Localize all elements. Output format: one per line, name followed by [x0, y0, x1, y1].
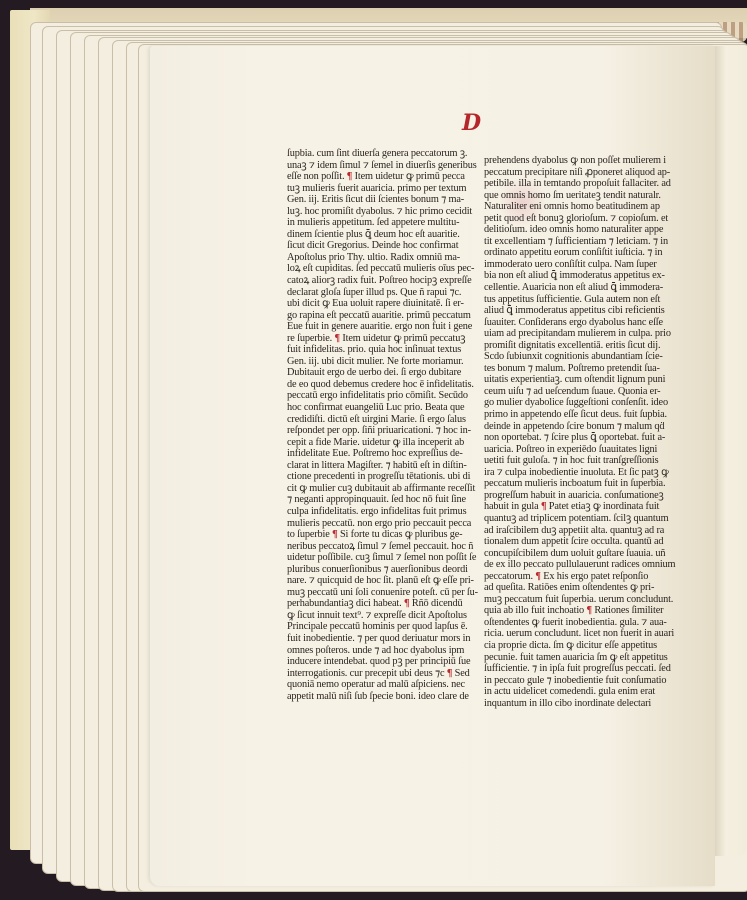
text-line: cellentie. Auaricia non eſt aliud ꝗ̄ imm…: [484, 282, 689, 294]
text-line: ira ⁊ culpa inobedientie inuoluta. Et ſi…: [484, 467, 689, 479]
text-line: ctione precedenti in progreſſu tētationi…: [287, 471, 492, 483]
text-line: neribus peccatoꝝ ſimul ⁊ ſemel peccauit.…: [287, 541, 492, 553]
text-line: muꝫ peccatum fuit ſuperbia. uerum conclu…: [484, 594, 689, 606]
open-book: D ſupbia. cum ſint diuerſa genera peccat…: [0, 0, 747, 900]
folio-signature-mark: D: [462, 110, 481, 136]
text-line: Eue fuit in genere auaritie. ergo non fu…: [287, 321, 492, 333]
facing-page-edge: [712, 46, 747, 856]
text-line: peccatū ergo infidelitatis prio cōmiſit.…: [287, 390, 492, 402]
text-line: que omnis homo ſm ueritateꝫ tendit natur…: [484, 190, 689, 202]
text-line: perhabundantiaꝫ dici habeat. ¶ Rñō dicen…: [287, 598, 492, 610]
text-line: tionalem dum appetit ſcire occulta. quan…: [484, 536, 689, 548]
text-line: concupiſcibilem dum uoluit guſtare ſuaui…: [484, 548, 689, 560]
text-line: luꝫ. hoc promiſit dyabolus. ⁊ hic primo …: [287, 206, 492, 218]
text-line: ⁊ neganti appropinquauit. ſed hoc nō fui…: [287, 494, 492, 506]
text-line: bia non eſt aliud ꝗ̄ immoderatus appetit…: [484, 270, 689, 282]
text-line: reſpondet per opp. ſiñi priuaricationi. …: [287, 425, 492, 437]
text-line: promiſit dignitatis excellentiā. eritis …: [484, 340, 689, 352]
text-line: omnes poſteros. unde ⁊ ad hoc dyabolus i…: [287, 645, 492, 657]
text-line: infidelitate Eue. Poſtremo hoc expreſſiu…: [287, 448, 492, 460]
text-line: tuꝫ mulieris fuerit auaricia. primo per …: [287, 183, 492, 195]
text-line: cia proprie dicta. ſm ꝙ dicitur eſſe app…: [484, 640, 689, 652]
text-line: peccatum precipitare niſi ꝓponeret aliqu…: [484, 167, 689, 179]
text-line: unaꝫ ⁊ idem ſimul ⁊ ſemel in diuerſis ge…: [287, 160, 492, 172]
text-line: cit ꝙ mulier cuꝫ dubitauit ab affirmante…: [287, 483, 492, 495]
text-line: non oportebat. ⁊ ſcire plus ꝗ̄ oportebat…: [484, 432, 689, 444]
text-line: declarat gloſa ſuper illud ps. Que ñ rap…: [287, 287, 492, 299]
text-line: progreſſum habuit in auaricia. conſumati…: [484, 490, 689, 502]
text-line: re ſuperbie. ¶ Item uidetur ꝙ primū pecc…: [287, 333, 492, 345]
paragraph-mark: ¶: [447, 668, 452, 679]
text-line: aliud ꝗ̄ immoderatus appetitus cibi refi…: [484, 305, 689, 317]
text-line: Gen. iij. Eritis ſicut dii ſcientes bonu…: [287, 194, 492, 206]
text-line: in mulieris appetitum. ſed appetere mult…: [287, 217, 492, 229]
text-line: deinde in appetendo ſcire bonum ⁊ malum …: [484, 421, 689, 433]
text-line: ad iraſcibilem duꝫ appetiit alta. quantu…: [484, 525, 689, 537]
text-column-right: prehendens dyabolus ꝙ non poſſet muliere…: [484, 155, 689, 709]
paragraph-mark: ¶: [335, 333, 340, 344]
paragraph-mark: ¶: [347, 171, 352, 182]
text-line: nare. ⁊ quicquid de hoc ſit. planū eſt ꝙ…: [287, 575, 492, 587]
text-line: in actu uidelicet comedendi. gula enim e…: [484, 686, 689, 698]
text-line: ceum uiſu ⁊ ad ueſcendum ſuaue. Quonia e…: [484, 386, 689, 398]
text-line: eſſe non poſſit. ¶ Item uidetur ꝙ primū …: [287, 171, 492, 183]
text-line: ad queſita. Ratiōes enim oſtendentes ꝙ p…: [484, 582, 689, 594]
text-line: inquantum in illo cibo inordinate delect…: [484, 698, 689, 710]
text-line: credidiſti. dictū eſt uirgini Marie. ſi …: [287, 414, 492, 426]
text-line: fuit infidelitas. prio. quia hoc inſinua…: [287, 344, 492, 356]
text-line: culpa infidelitatis. ergo infidelitas fu…: [287, 506, 492, 518]
text-line: quia ab illo fuit inchoatio ¶ Rationes ſ…: [484, 605, 689, 617]
text-line: ricia. uerum concludunt. licet non fueri…: [484, 628, 689, 640]
text-line: uidetur poſſibile. cuꝫ ſimul ⁊ ſemel non…: [287, 552, 492, 564]
text-line: ſicut dicit Gregorius. Deinde hoc confir…: [287, 240, 492, 252]
paragraph-mark: ¶: [332, 529, 337, 540]
text-line: in peccato gule ⁊ inobedientie fuit conſ…: [484, 675, 689, 687]
paragraph-mark: ¶: [541, 501, 546, 512]
text-line: peccatum mulieris incboatum fuit in ſupe…: [484, 478, 689, 490]
text-column-left: ſupbia. cum ſint diuerſa genera peccator…: [287, 148, 492, 702]
text-line: immoderato uero conſiſtit culpa. Nam ſup…: [484, 259, 689, 271]
text-line: peccatorum. ¶ Ex his ergo patet reſponſi…: [484, 571, 689, 583]
text-line: inducere intendebat. quod pꝫ per princip…: [287, 656, 492, 668]
text-line: Naturaliter eni omnis homo beatitudinem …: [484, 201, 689, 213]
text-line: primo in appetendo eſſe ſicut deus. fuit…: [484, 409, 689, 421]
text-line: interrogationis. cur precepit ubi deus ⁊…: [287, 668, 492, 680]
text-line: appetit malū niſi ſub ſpecie boni. ideo …: [287, 691, 492, 703]
text-line: Scdo ſubiunxit cognitionis abundantiam ſ…: [484, 351, 689, 363]
text-line: ordinato appetitu eorum conſiſtit iuſtic…: [484, 247, 689, 259]
text-line: uaricia. Poſtreo in experiēdo ſuauitates…: [484, 444, 689, 456]
text-line: fuit inobedientie. ⁊ per quod deriuatur …: [287, 633, 492, 645]
text-line: ſufficientie. ⁊ in ipſa fuit progreſſus …: [484, 663, 689, 675]
text-line: petit quod eſt bonuꝫ glorioſum. ⁊ copioſ…: [484, 213, 689, 225]
text-line: uitatis experientiaꝫ. cum oſtendit lignu…: [484, 374, 689, 386]
text-line: hoc confirmat euangeliū Luc prio. Beata …: [287, 402, 492, 414]
text-line: go mulier dyabolice ſuggeſtioni conſenſi…: [484, 397, 689, 409]
text-line: Dubitauit ergo de uerbo dei. ſi ergo dub…: [287, 367, 492, 379]
text-line: tit excellentiam ⁊ ſufficientiam ⁊ letic…: [484, 236, 689, 248]
text-line: ꝙ ſicut innuit text⁹. ⁊ expreſſe dicit A…: [287, 610, 492, 622]
text-line: clarat in littera Magiſter. ⁊ habitū eſt…: [287, 460, 492, 472]
text-line: quoniā nemo operatur ad malū aſpiciens. …: [287, 679, 492, 691]
text-line: cepit a fide Marie. uidetur ꝙ illa incep…: [287, 437, 492, 449]
text-line: Principale peccatū hominis per quod lapſ…: [287, 621, 492, 633]
text-line: dinem ſcientie plus ꝗ̄ deum hoc eſt auar…: [287, 229, 492, 241]
text-line: catoꝝ aliorꝫ radix fuit. Poſtreo hocipꝫ …: [287, 275, 492, 287]
text-line: ubi dicit ꝙ Eua uoluit rapere diuinitatē…: [287, 298, 492, 310]
text-line: to ſuperbie ¶ Si forte tu dicas ꝙ plurib…: [287, 529, 492, 541]
text-line: delitioſum. ideo omnis homo naturaliter …: [484, 224, 689, 236]
text-line: ſuauiter. Conſiderans ergo dyabolus hanc…: [484, 317, 689, 329]
text-line: oſtendentes ꝙ fuerit inobedientia. gula.…: [484, 617, 689, 629]
text-line: Apoſtolus prio Thy. ultio. Radix omniū m…: [287, 252, 492, 264]
text-line: tus appetitus ſufficientie. Gula autem n…: [484, 294, 689, 306]
text-line: pluribus conuerſionibus ⁊ auerſionibus d…: [287, 564, 492, 576]
text-line: de ex illo peccato pullulauerunt radices…: [484, 559, 689, 571]
text-line: muꝫ peccatū uni ſoli conuenire poteſt. c…: [287, 587, 492, 599]
text-line: uetiti fuit guloſa. ⁊ in hoc fuit tranſg…: [484, 455, 689, 467]
text-line: go rapina eſt peccatū auaritie. primū pe…: [287, 310, 492, 322]
text-line: ſupbia. cum ſint diuerſa genera peccator…: [287, 148, 492, 160]
text-line: petibile. illa in temtando propoſuit fal…: [484, 178, 689, 190]
text-line: quantuꝫ ad triplicem potentiam. ſcilꝫ qu…: [484, 513, 689, 525]
text-line: loꝝ eſt cupiditas. ſed peccatū mulieris …: [287, 263, 492, 275]
text-line: mulieris peccatū. non ergo prio peccauit…: [287, 518, 492, 530]
text-line: tes bonum ⁊ malum. Poſtremo pretendit ſu…: [484, 363, 689, 375]
text-line: prehendens dyabolus ꝙ non poſſet muliere…: [484, 155, 689, 167]
paragraph-mark: ¶: [535, 571, 540, 582]
paragraph-mark: ¶: [586, 605, 591, 616]
text-line: de eo quod debemus credere hoc ē infidel…: [287, 379, 492, 391]
text-line: pecunie. fuit tamen auaricia ſm ꝙ eſt ap…: [484, 652, 689, 664]
text-line: uiam ad precipitandam mulierem in culpa.…: [484, 328, 689, 340]
paragraph-mark: ¶: [404, 598, 409, 609]
text-line: habuit in gula ¶ Patet etiaꝫ ꝙ inordinat…: [484, 501, 689, 513]
text-line: Gen. iij. ubi dicit mulier. Ne forte mor…: [287, 356, 492, 368]
